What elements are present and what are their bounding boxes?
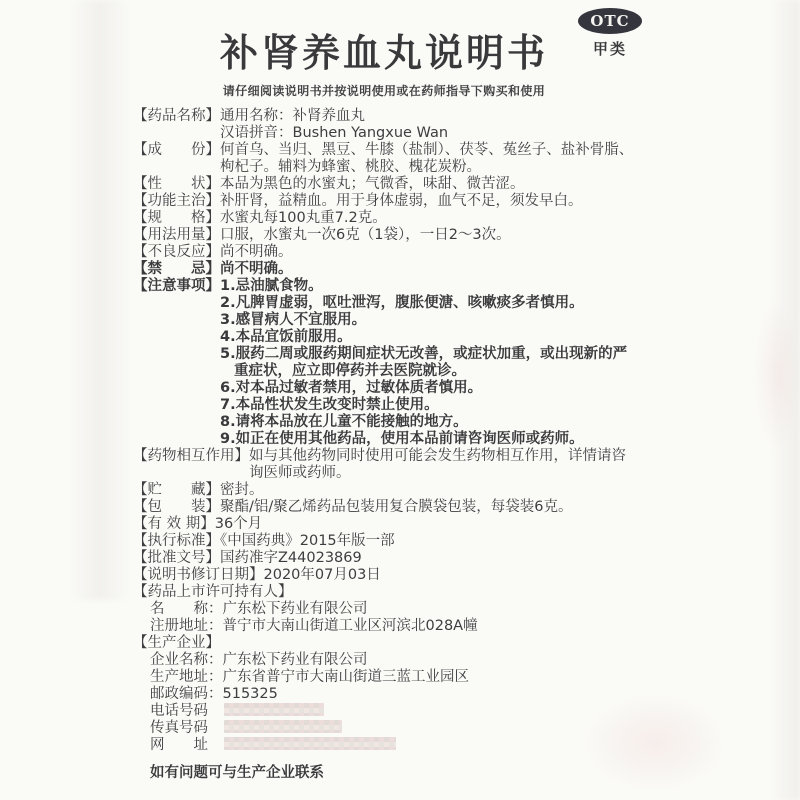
line-text: 网 址 [150, 737, 208, 753]
line-text: 3.感冒病人不宜服用。 [220, 312, 366, 328]
page-subtitle: 请仔细阅读说明书并按说明使用或在药师指导下购买和使用 [0, 82, 768, 99]
line-text: 36个月 [215, 516, 262, 532]
line-label: 【药品名称】 [133, 108, 220, 124]
leaflet-line: 企业名称：广东松下药业有限公司 [133, 652, 788, 669]
leaflet-line: 3.感冒病人不宜服用。 [133, 312, 788, 329]
line-text: 尚不明确。 [220, 261, 293, 277]
line-label: 【批准文号】 [133, 550, 220, 566]
line-text: 1.忌油腻食物。 [220, 278, 323, 294]
line-text: 9.如正在使用其他药品，使用本品前请咨询医师或药师。 [220, 431, 584, 447]
leaflet-line: 【包 装】聚酯/铝/聚乙烯药品包装用复合膜袋包装，每袋装6克。 [133, 499, 788, 516]
leaflet-line: 7.本品性状发生改变时禁止使用。 [133, 397, 788, 414]
leaflet-line: 【说明书修订日期】2020年07月03日 [133, 567, 788, 584]
line-label: 【药品上市许可持有人】 [133, 584, 293, 600]
line-text: 国药准字Z44023869 [220, 550, 362, 566]
line-text: 6.对本品过敏者禁用，过敏体质者慎用。 [220, 380, 482, 396]
line-text: 电话号码 [150, 703, 208, 719]
line-text: 7.本品性状发生改变时禁止使用。 [220, 397, 439, 413]
line-label: 【药物相互作用】 [133, 448, 249, 464]
leaflet-line: 【规 格】水蜜丸每100丸重7.2克。 [133, 210, 788, 227]
page-title: 补肾养血丸说明书 [0, 32, 768, 76]
line-label: 【成 份】 [133, 142, 220, 158]
line-label: 【性 状】 [133, 176, 220, 192]
line-text: 汉语拼音：Bushen Yangxue Wan [220, 125, 448, 141]
leaflet-line: 名 称：广东松下药业有限公司 [133, 601, 788, 618]
leaflet-header: 补肾养血丸说明书 请仔细阅读说明书并按说明使用或在药师指导下购买和使用 [0, 32, 768, 99]
leaflet-line: 传真号码 [133, 720, 788, 737]
leaflet-line: 4.本品宜饭前服用。 [133, 329, 788, 346]
leaflet-line: 【药品名称】通用名称：补肾养血丸 [133, 108, 788, 125]
leaflet-line: 【药物相互作用】如与其他药物同时使用可能会发生药物相互作用，详情请咨 [133, 448, 788, 465]
line-text: 8.请将本品放在儿童不能接触的地方。 [220, 414, 468, 430]
leaflet-line: 5.服药二周或服药期间症状无改善，或症状加重，或出现新的严 [133, 346, 788, 363]
line-label: 【有 效 期】 [133, 516, 215, 532]
line-label: 【禁 忌】 [133, 261, 220, 277]
line-text: 重症状，应立即停药并去医院就诊。 [234, 363, 466, 379]
line-text: 企业名称：广东松下药业有限公司 [150, 652, 368, 668]
line-text: 名 称：广东松下药业有限公司 [150, 601, 368, 617]
line-text: 邮政编码：515325 [150, 686, 278, 702]
line-text: 尚不明确。 [220, 244, 293, 260]
line-label: 【用法用量】 [133, 227, 220, 243]
line-text: 通用名称：补肾养血丸 [220, 108, 365, 124]
leaflet-line: 注册地址：普宁市大南山街道工业区河滨北028A幢 [133, 618, 788, 635]
leaflet-line: 重症状，应立即停药并去医院就诊。 [133, 363, 788, 380]
leaflet-line: 【有 效 期】36个月 [133, 516, 788, 533]
line-text: 何首乌、当归、黑豆、牛膝（盐制）、茯苓、菟丝子、盐补骨脂、 [220, 142, 633, 158]
footer-note: 如有问题可与生产企业联系 [150, 761, 324, 782]
otc-logo-text: OTC [590, 12, 629, 30]
leaflet-line: 生产地址：广东省普宁市大南山街道三蓝工业园区 [133, 669, 788, 686]
leaflet-line: 9.如正在使用其他药品，使用本品前请咨询医师或药师。 [133, 431, 788, 448]
line-label: 【执行标准】 [133, 533, 220, 549]
line-text: 《中国药典》2015年版一部 [220, 533, 395, 549]
line-text: 口服，水蜜丸一次6克（1袋），一日2～3次。 [220, 227, 511, 243]
line-label: 【注意事项】 [133, 278, 220, 294]
leaflet-line: 【用法用量】口服，水蜜丸一次6克（1袋），一日2～3次。 [133, 227, 788, 244]
line-text: 2020年07月03日 [264, 567, 381, 583]
line-text: 枸杞子。辅料为蜂蜜、桃胶、槐花炭粉。 [220, 159, 481, 175]
line-label: 【不良反应】 [133, 244, 220, 260]
line-text: 传真号码 [150, 720, 208, 736]
line-label: 【规 格】 [133, 210, 220, 226]
leaflet-line: 枸杞子。辅料为蜂蜜、桃胶、槐花炭粉。 [133, 159, 788, 176]
redacted-value [224, 737, 396, 750]
line-label: 【功能主治】 [133, 193, 220, 209]
leaflet-line: 询医师或药师。 [133, 465, 788, 482]
leaflet-line: 【禁 忌】尚不明确。 [133, 261, 788, 278]
line-label: 【包 装】 [133, 499, 220, 515]
leaflet-line: 电话号码 [133, 703, 788, 720]
leaflet-line: 【注意事项】1.忌油腻食物。 [133, 278, 788, 295]
line-label: 【说明书修订日期】 [133, 567, 264, 583]
leaflet-line: 【执行标准】《中国药典》2015年版一部 [133, 533, 788, 550]
line-text: 密封。 [220, 482, 264, 498]
leaflet-line: 【生产企业】 [133, 635, 788, 652]
redacted-value [224, 720, 342, 733]
leaflet-line: 2.凡脾胃虚弱，呕吐泄泻，腹胀便溏、咳嗽痰多者慎用。 [133, 295, 788, 312]
leaflet-line: 网 址 [133, 737, 788, 754]
leaflet-body: 【药品名称】通用名称：补肾养血丸汉语拼音：Bushen Yangxue Wan【… [133, 108, 788, 754]
leaflet-line: 【药品上市许可持有人】 [133, 584, 788, 601]
line-text: 如与其他药物同时使用可能会发生药物相互作用，详情请咨 [249, 448, 626, 464]
leaflet-line: 【功能主治】补肝肾，益精血。用于身体虚弱，血气不足，须发早白。 [133, 193, 788, 210]
line-text: 注册地址：普宁市大南山街道工业区河滨北028A幢 [150, 618, 478, 634]
line-text: 水蜜丸每100丸重7.2克。 [220, 210, 387, 226]
line-label: 【生产企业】 [133, 635, 220, 651]
line-text: 2.凡脾胃虚弱，呕吐泄泻，腹胀便溏、咳嗽痰多者慎用。 [220, 295, 584, 311]
line-text: 5.服药二周或服药期间症状无改善，或症状加重，或出现新的严 [220, 346, 627, 362]
leaflet-line: 8.请将本品放在儿童不能接触的地方。 [133, 414, 788, 431]
line-text: 询医师或药师。 [249, 465, 351, 481]
line-text: 本品为黑色的水蜜丸；气微香，味甜、微苦涩。 [220, 176, 525, 192]
leaflet-line: 汉语拼音：Bushen Yangxue Wan [133, 125, 788, 142]
line-text: 生产地址：广东省普宁市大南山街道三蓝工业园区 [150, 669, 469, 685]
leaflet-line: 6.对本品过敏者禁用，过敏体质者慎用。 [133, 380, 788, 397]
leaflet-line: 【贮 藏】密封。 [133, 482, 788, 499]
leaflet-line: 【性 状】本品为黑色的水蜜丸；气微香，味甜、微苦涩。 [133, 176, 788, 193]
line-text: 4.本品宜饭前服用。 [220, 329, 352, 345]
leaflet-line: 【批准文号】国药准字Z44023869 [133, 550, 788, 567]
leaflet-line: 邮政编码：515325 [133, 686, 788, 703]
line-label: 【贮 藏】 [133, 482, 220, 498]
leaflet-line: 【不良反应】尚不明确。 [133, 244, 788, 261]
leaflet-line: 【成 份】何首乌、当归、黑豆、牛膝（盐制）、茯苓、菟丝子、盐补骨脂、 [133, 142, 788, 159]
redacted-value [224, 703, 324, 716]
line-text: 聚酯/铝/聚乙烯药品包装用复合膜袋包装，每袋装6克。 [220, 499, 573, 515]
line-text: 补肝肾，益精血。用于身体虚弱，血气不足，须发早白。 [220, 193, 583, 209]
leaflet-page: OTC 甲类 补肾养血丸说明书 请仔细阅读说明书并按说明使用或在药师指导下购买和… [0, 0, 800, 800]
otc-logo: OTC [578, 8, 642, 34]
